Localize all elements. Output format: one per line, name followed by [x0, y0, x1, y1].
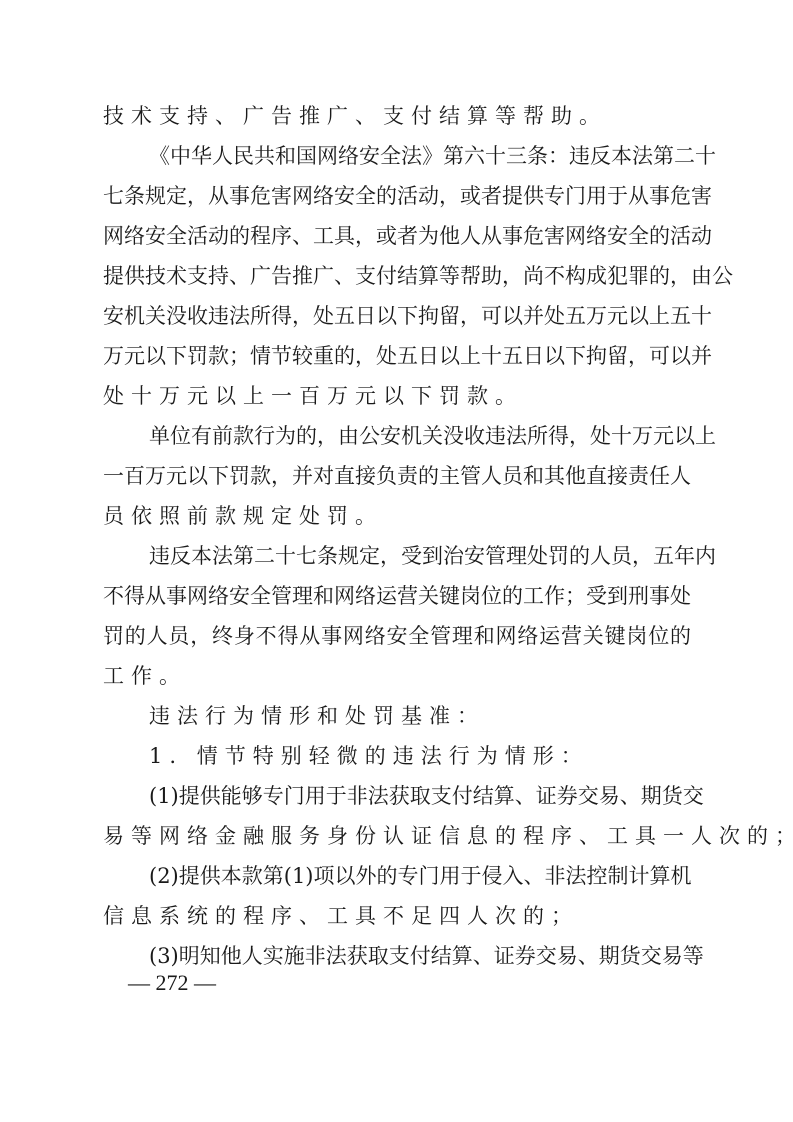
page-number: — 272 —	[128, 970, 216, 996]
document-page: 技术支持、广告推广、支付结算等帮助。 《中华人民共和国网络安全法》第六十三条：违…	[0, 0, 793, 1122]
text-line: 违反本法第二十七条规定，受到治安管理处罚的人员，五年内	[149, 540, 691, 572]
text-line: 七条规定，从事危害网络安全的活动，或者提供专门用于从事危害	[103, 180, 691, 212]
text-line: 不得从事网络安全管理和网络运营关键岗位的工作；受到刑事处	[103, 580, 691, 612]
subsection-heading: 1. 情节特别轻微的违法行为情形：	[149, 740, 691, 772]
text-line: 网络安全活动的程序、工具，或者为他人从事危害网络安全的活动	[103, 220, 691, 252]
list-item: (3)明知他人实施非法获取支付结算、证券交易、期货交易等	[149, 940, 691, 972]
text-line: 万元以下罚款；情节较重的，处五日以上十五日以下拘留，可以并	[103, 340, 691, 372]
text-line: 处十万元以上一百万元以下罚款。	[103, 380, 691, 412]
text-line: 一百万元以下罚款，并对直接负责的主管人员和其他直接责任人	[103, 460, 691, 492]
text-line: 提供技术支持、广告推广、支付结算等帮助，尚不构成犯罪的，由公	[103, 260, 691, 292]
text-line: 单位有前款行为的，由公安机关没收违法所得，处十万元以上	[149, 420, 691, 452]
list-item: (1)提供能够专门用于非法获取支付结算、证券交易、期货交	[149, 780, 691, 812]
text-line: 技术支持、广告推广、支付结算等帮助。	[103, 100, 691, 132]
text-line: 安机关没收违法所得，处五日以下拘留，可以并处五万元以上五十	[103, 300, 691, 332]
text-line: 《中华人民共和国网络安全法》第六十三条：违反本法第二十	[149, 140, 691, 172]
text-line: 工作。	[103, 660, 691, 692]
list-item-continuation: 易等网络金融服务身份认证信息的程序、工具一人次的；	[103, 820, 691, 852]
text-line: 罚的人员，终身不得从事网络安全管理和网络运营关键岗位的	[103, 620, 691, 652]
list-item: (2)提供本款第(1)项以外的专门用于侵入、非法控制计算机	[149, 860, 691, 892]
section-heading: 违法行为情形和处罚基准：	[149, 700, 691, 732]
text-line: 员依照前款规定处罚。	[103, 500, 691, 532]
list-item-continuation: 信息系统的程序、工具不足四人次的；	[103, 900, 691, 932]
